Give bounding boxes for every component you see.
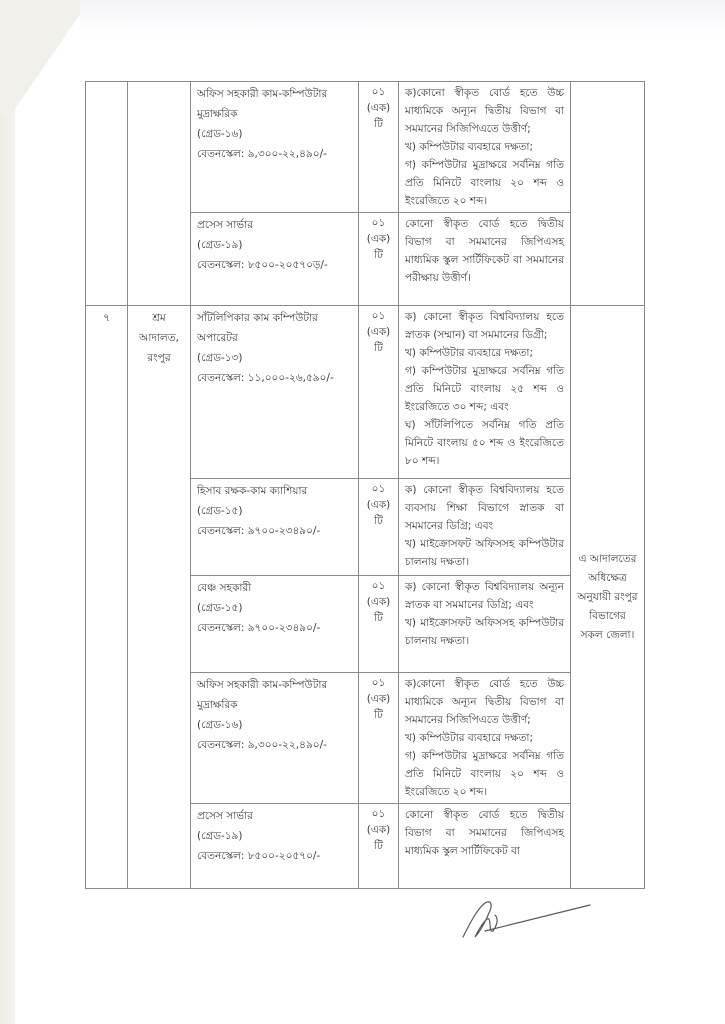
post-quantity: ০১ (এক) টি <box>359 804 399 889</box>
signature <box>455 895 595 945</box>
qualification-item: খ) কম্পিউটার ব্যবহারে দক্ষতা; <box>405 344 564 362</box>
post-pay-scale: বেতনস্কেল: ৯৭০০-২৩৪৯০/- <box>197 521 352 541</box>
post-title: বেঞ্চ সহকারী <box>197 578 352 598</box>
post-title: প্রসেস সার্ভার <box>197 215 352 235</box>
qualification-item: খ) কম্পিউটার ব্যবহারে দক্ষতা; <box>405 729 564 747</box>
qualification-item: গ) কম্পিউটার মুদ্রাক্ষরে সর্বনিম্ন গতি প… <box>405 156 564 210</box>
post-title-cell: অফিস সহকারী কাম-কম্পিউটার মুদ্রাক্ষরিক(গ… <box>191 82 359 213</box>
post-qualifications: ক) কোনো স্বীকৃত বিশ্ববিদ্যালয় অন্যূন স্… <box>399 576 571 673</box>
post-quantity: ০১ (এক) টি <box>359 82 399 213</box>
post-pay-scale: বেতনস্কেল: ১১,০০০-২৬,৫৯০/- <box>197 368 352 388</box>
post-title-cell: হিসাব রক্ষক-কাম ক্যাশিয়ার(গ্রেড-১৫)বেতন… <box>191 479 359 576</box>
qualification-item: ক) কোনো স্বীকৃত বিশ্ববিদ্যালয় অন্যূন স্… <box>405 578 564 614</box>
table-row: অফিস সহকারী কাম-কম্পিউটার মুদ্রাক্ষরিক(গ… <box>86 82 645 213</box>
post-title: অফিস সহকারী কাম-কম্পিউটার মুদ্রাক্ষরিক <box>197 675 352 715</box>
vacancy-table: অফিস সহকারী কাম-কম্পিউটার মুদ্রাক্ষরিক(গ… <box>85 81 645 889</box>
qualification-item: গ) কম্পিউটার মুদ্রাক্ষরে সর্বনিম্ন গতি প… <box>405 362 564 416</box>
post-title-cell: অফিস সহকারী কাম-কম্পিউটার মুদ্রাক্ষরিক(গ… <box>191 673 359 804</box>
qualification-item: ক) কোনো স্বীকৃত বিশ্ববিদ্যালয় হতে স্নাত… <box>405 308 564 344</box>
court-name: শ্রম আদালত, রংপুর <box>128 306 191 889</box>
post-pay-scale: বেতনস্কেল: ৮৫০০-২০৫৭০ড়/- <box>197 255 352 275</box>
qualification-item: ক) কোনো স্বীকৃত বিশ্ববিদ্যালয় হতে ব্যবস… <box>405 481 564 535</box>
post-title-cell: প্রসেস সার্ভার(গ্রেড-১৯)বেতনস্কেল: ৮৫০০-… <box>191 804 359 889</box>
post-grade: (গ্রেড-১৩) <box>197 348 352 368</box>
post-title: সাঁটলিপিকার কাম কম্পিউটার অপারেটর <box>197 308 352 348</box>
post-grade: (গ্রেড-১৬) <box>197 715 352 735</box>
post-pay-scale: বেতনস্কেল: ৯,৩০০-২২,৪৯০/- <box>197 735 352 755</box>
post-pay-scale: বেতনস্কেল: ৯৭০০-২৩৪৯০/- <box>197 618 352 638</box>
post-title: প্রসেস সার্ভার <box>197 806 352 826</box>
jurisdiction-cell <box>571 82 645 306</box>
qualification-item: খ) মাইক্রোসফট অফিসসহ কম্পিউটার চালনায় দ… <box>405 614 564 650</box>
qualification-item: ঘ) সাঁটলিপিতে সর্বনিম্ন গতি প্রতি মিনিটে… <box>405 416 564 470</box>
post-title-cell: বেঞ্চ সহকারী(গ্রেড-১৫)বেতনস্কেল: ৯৭০০-২৩… <box>191 576 359 673</box>
post-title: হিসাব রক্ষক-কাম ক্যাশিয়ার <box>197 481 352 501</box>
table-row: ৭শ্রম আদালত, রংপুরসাঁটলিপিকার কাম কম্পিউ… <box>86 306 645 479</box>
post-title-cell: সাঁটলিপিকার কাম কম্পিউটার অপারেটর(গ্রেড-… <box>191 306 359 479</box>
post-title-cell: প্রসেস সার্ভার(গ্রেড-১৯)বেতনস্কেল: ৮৫০০-… <box>191 213 359 306</box>
post-grade: (গ্রেড-১৯) <box>197 235 352 255</box>
qualification-item: খ) কম্পিউটার ব্যবহারে দক্ষতা; <box>405 138 564 156</box>
qualification-item: খ) মাইক্রোসফট অফিসসহ কম্পিউটার চালনায় দ… <box>405 535 564 571</box>
qualification-item: কোনো স্বীকৃত বোর্ড হতে দ্বিতীয় বিভাগ বা… <box>405 806 564 860</box>
post-grade: (গ্রেড-১৫) <box>197 598 352 618</box>
post-quantity: ০১ (এক) টি <box>359 306 399 479</box>
post-pay-scale: বেতনস্কেল: ৯,৩০০-২২,৪৯০/- <box>197 144 352 164</box>
post-quantity: ০১ (এক) টি <box>359 479 399 576</box>
post-grade: (গ্রেড-১৫) <box>197 501 352 521</box>
post-qualifications: ক)কোনো স্বীকৃত বোর্ড হতে উচ্চ মাধ্যমিকে … <box>399 673 571 804</box>
court-cell <box>128 82 191 306</box>
scan-top-shade <box>80 0 725 35</box>
qualification-item: ক)কোনো স্বীকৃত বোর্ড হতে উচ্চ মাধ্যমিকে … <box>405 675 564 729</box>
post-qualifications: ক) কোনো স্বীকৃত বিশ্ববিদ্যালয় হতে ব্যবস… <box>399 479 571 576</box>
serial-number: ৭ <box>86 306 128 889</box>
qualification-item: ক)কোনো স্বীকৃত বোর্ড হতে উচ্চ মাধ্যমিকে … <box>405 84 564 138</box>
post-grade: (গ্রেড-১৬) <box>197 124 352 144</box>
post-grade: (গ্রেড-১৯) <box>197 826 352 846</box>
qualification-item: গ) কম্পিউটার মুদ্রাক্ষরে সর্বনিম্ন গতি প… <box>405 747 564 801</box>
post-qualifications: কোনো স্বীকৃত বোর্ড হতে দ্বিতীয় বিভাগ বা… <box>399 804 571 889</box>
post-pay-scale: বেতনস্কেল: ৮৫০০-২০৫৭০/- <box>197 846 352 866</box>
folded-page-corner <box>0 0 90 115</box>
post-quantity: ০১ (এক) টি <box>359 576 399 673</box>
serial-cell <box>86 82 128 306</box>
qualification-item: কোনো স্বীকৃত বোর্ড হতে দ্বিতীয় বিভাগ বা… <box>405 215 564 287</box>
scan-edge-shadow <box>0 0 15 1024</box>
post-title: অফিস সহকারী কাম-কম্পিউটার মুদ্রাক্ষরিক <box>197 84 352 124</box>
post-qualifications: ক)কোনো স্বীকৃত বোর্ড হতে উচ্চ মাধ্যমিকে … <box>399 82 571 213</box>
post-quantity: ০১ (এক) টি <box>359 673 399 804</box>
post-qualifications: ক) কোনো স্বীকৃত বিশ্ববিদ্যালয় হতে স্নাত… <box>399 306 571 479</box>
post-qualifications: কোনো স্বীকৃত বোর্ড হতে দ্বিতীয় বিভাগ বা… <box>399 213 571 306</box>
jurisdiction: এ আদালতের অধিক্ষেত্র অনুযায়ী রংপুর বিভা… <box>571 306 645 889</box>
post-quantity: ০১ (এক) টি <box>359 213 399 306</box>
